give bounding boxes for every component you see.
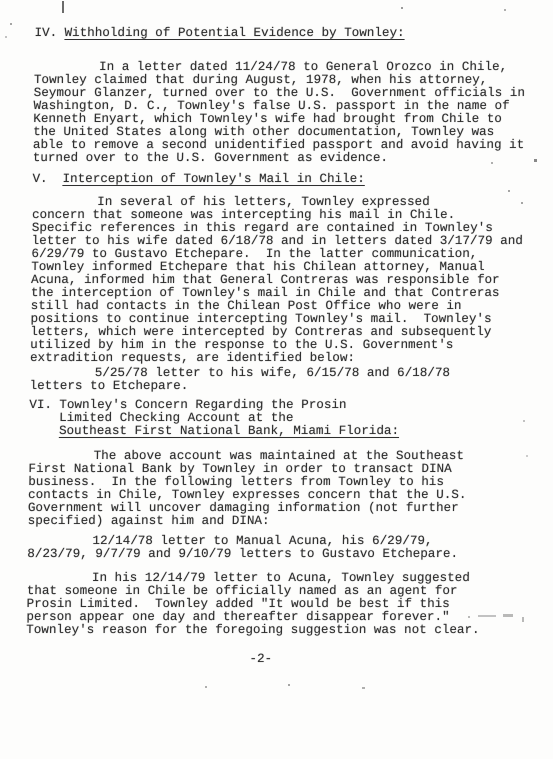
scan-speck [526, 455, 528, 457]
section-title: Townley's Concern Regarding the Prosin L… [59, 399, 400, 438]
text-line: letters to Etchepare. [30, 380, 548, 393]
section-title-line: Withholding of Potential Evidence by Tow… [64, 27, 404, 40]
scan-speck [468, 616, 470, 618]
text-line: specified) against him and DINA: [28, 515, 546, 528]
scan-speck [5, 36, 7, 38]
text-line: extradition requests, are identified bel… [30, 352, 548, 365]
paragraph: 12/14/78 letter to Manual Acuna, his 6/2… [27, 535, 545, 561]
section-title-line: Southeast First National Bank, Miami Flo… [59, 425, 399, 438]
scan-speck [534, 159, 537, 162]
scan-speck [478, 615, 496, 617]
scan-speck [10, 23, 12, 25]
scan-speck [401, 7, 403, 9]
section-title-line: Interception of Townley's Mail in Chile: [62, 173, 364, 186]
section-heading-iv: IV. Withholding of Potential Evidence by… [34, 27, 552, 40]
section-numeral: V. [32, 173, 62, 186]
text-line: Townley's reason for the foregoing sugge… [26, 624, 544, 637]
document-sheet: IV. Withholding of Potential Evidence by… [0, 0, 553, 759]
paragraph: The above account was maintained at the … [28, 450, 547, 528]
scan-speck [491, 162, 493, 164]
document-page: IV. Withholding of Potential Evidence by… [0, 0, 553, 759]
page-number: -2- [26, 653, 496, 666]
text-line: turned over to the U.S. Government as ev… [33, 152, 551, 165]
scan-speck [522, 617, 524, 622]
scan-speck [523, 420, 525, 422]
scan-speck [521, 202, 523, 204]
section-title: Withholding of Potential Evidence by Tow… [64, 27, 404, 40]
paragraph: In several of his letters, Townley expre… [30, 196, 550, 365]
section-numeral: IV. [34, 27, 64, 40]
paragraph: In his 12/14/79 letter to Acuna, Townley… [26, 572, 545, 637]
scan-speck [62, 1, 64, 13]
scan-speck [504, 9, 506, 11]
scan-speck [508, 190, 510, 192]
scan-speck [205, 686, 207, 688]
section-title: Interception of Townley's Mail in Chile: [62, 173, 364, 186]
section-iv: IV. Withholding of Potential Evidence by… [33, 27, 553, 165]
scan-speck [288, 684, 290, 686]
section-vi: VI. Townley's Concern Regarding the Pros… [26, 399, 547, 637]
scan-speck [503, 614, 513, 617]
text-line: 8/23/79, 9/7/79 and 9/10/79 letters to G… [27, 548, 545, 561]
paragraph: 5/25/78 letter to his wife, 6/15/78 and … [30, 367, 548, 393]
section-heading-v: V. Interception of Townley's Mail in Chi… [32, 173, 550, 186]
section-v: V. Interception of Townley's Mail in Chi… [30, 173, 551, 393]
section-numeral: VI. [29, 399, 60, 438]
paragraph: In a letter dated 11/24/78 to General Or… [33, 61, 552, 165]
section-heading-vi: VI. Townley's Concern Regarding the Pros… [29, 399, 548, 438]
scan-speck [362, 687, 365, 689]
